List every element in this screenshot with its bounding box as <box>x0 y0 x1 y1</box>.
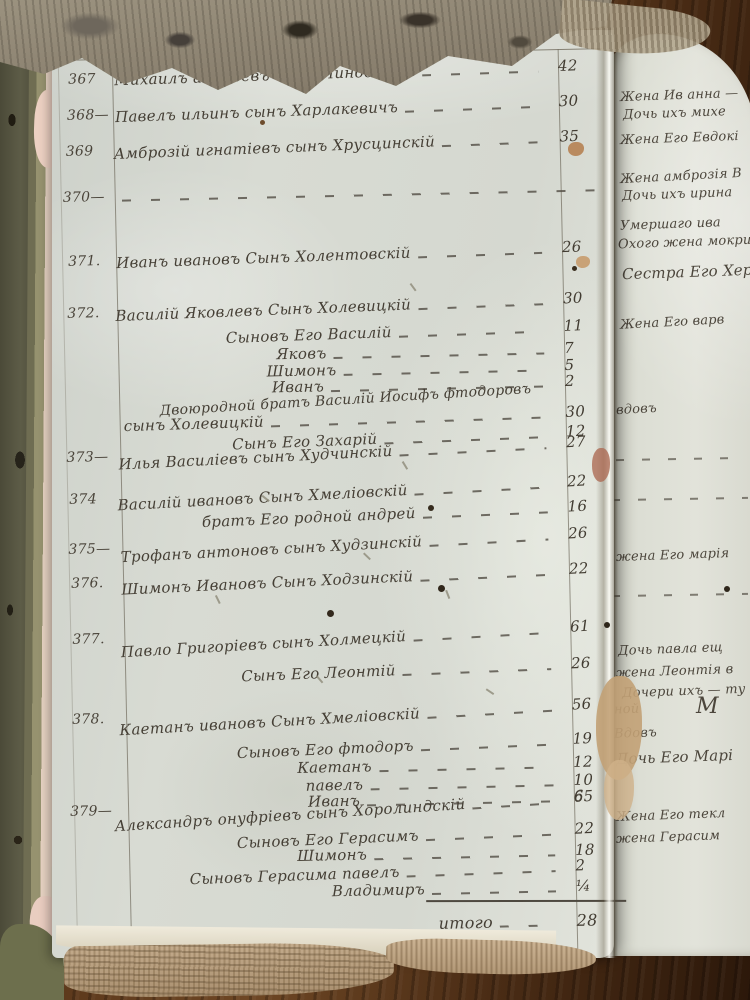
worm-hole <box>327 610 334 617</box>
dash-leader <box>418 251 542 257</box>
entry-number: 375— <box>68 541 110 558</box>
note-line: Жена Его Евдокі <box>620 129 739 148</box>
paper-fleck <box>446 590 451 599</box>
worm-hole <box>572 266 577 271</box>
entry-number: 378. <box>72 711 105 728</box>
note-line: Умершаго ива <box>620 215 721 234</box>
dash-leader <box>423 511 548 518</box>
dash-leader <box>500 924 557 927</box>
note-line: Жена Ив анна — <box>620 86 739 105</box>
note-line: Жена Его текл <box>616 806 726 825</box>
dash-leader <box>122 189 604 202</box>
note-line: Жена Его варв <box>620 312 725 332</box>
entry-name: Трофанъ антоновъ сынъ Худзинскій <box>120 532 422 566</box>
entry-number: 379— <box>70 803 112 820</box>
entry-number: 369 <box>66 143 94 160</box>
note-line: Дочь павла ещ <box>618 640 723 659</box>
ledger-table: 367 368— 369 370— 371. 372. 373— 374 375… <box>51 30 633 970</box>
entry-number: 368— <box>67 107 109 124</box>
dash-leader <box>400 447 547 456</box>
paper-fleck <box>486 688 494 694</box>
note-dash-leader <box>612 593 748 597</box>
dash-leader <box>420 573 549 581</box>
dash-leader <box>422 70 538 76</box>
paper-fleck <box>363 552 371 559</box>
dash-leader <box>432 890 556 895</box>
dash-leader <box>413 631 550 641</box>
age-value: 11 <box>550 316 598 336</box>
entry-name: Шимонъ <box>297 845 367 865</box>
dash-leader <box>473 802 555 809</box>
entry-row: Трофанъ антоновъ сынъ Худзинскій26 <box>120 523 602 567</box>
entry-number: 376. <box>71 575 104 592</box>
note-line: вдовъ <box>616 401 658 418</box>
worm-hole <box>428 505 434 511</box>
dash-leader <box>429 538 548 546</box>
entry-name: Амброзій игнатіевъ сынъ Хрусцинскій <box>113 132 435 163</box>
worm-hole <box>438 585 445 592</box>
entry-name: Каетанъ <box>297 757 372 777</box>
worm-hole <box>724 586 730 592</box>
dash-leader <box>415 486 548 495</box>
note-dash-leader <box>616 457 746 461</box>
dash-leader <box>399 330 544 337</box>
paper-fleck <box>410 283 417 291</box>
worm-hole <box>604 622 610 628</box>
entry-number: 377. <box>72 631 105 648</box>
note-line: жена Герасим <box>616 828 721 847</box>
age-value: 30 <box>545 91 593 111</box>
age-value: 16 <box>554 496 602 516</box>
main-page: 367 368— 369 370— 371. 372. 373— 374 375… <box>52 30 614 958</box>
dash-leader <box>427 709 552 718</box>
note-line: Дочери ихъ — ту <box>622 682 746 701</box>
dash-leader <box>418 303 543 310</box>
dash-leader <box>405 105 539 112</box>
note-line: Дочь ихъ ирина <box>622 185 733 204</box>
entry-name: Шимонъ Ивановъ Сынъ Ходзинскій <box>121 567 414 598</box>
note-line: жена Его марія <box>616 546 730 565</box>
entry-row: Шимонъ Ивановъ Сынъ Ходзинскій22 <box>121 558 603 598</box>
paper-fleck <box>402 461 408 469</box>
entry-name: Владимиръ <box>332 880 425 900</box>
entry-name: Павло Григоріевъ сынъ Холмецкій <box>120 627 406 661</box>
note-line: Дочь ихъ михе <box>623 104 726 123</box>
dash-leader <box>407 870 556 877</box>
entry-row: Амброзій игнатіевъ сынъ Хрусцинскій35 <box>113 126 593 163</box>
entry-number: 374 <box>69 491 97 508</box>
age-value: 42 <box>545 56 593 76</box>
entry-number: 373— <box>66 449 108 466</box>
entry-row: Павло Григоріевъ сынъ Холмецкій61 <box>120 616 604 661</box>
paper-fleck <box>215 595 220 604</box>
note-dash-leader <box>612 497 748 501</box>
photo-of-ledger-book: Жена Ив анна — Дочь ихъ михе Жена Его Ев… <box>0 0 750 1000</box>
entry-row: Сынъ Его Леонтій26 <box>241 653 605 685</box>
dash-leader <box>426 833 555 841</box>
entry-number: 367 <box>68 71 96 88</box>
note-initial: М <box>696 694 719 719</box>
entry-number: 371. <box>68 253 101 270</box>
worm-hole <box>260 120 265 125</box>
entry-name: Павелъ ильинъ сынъ Харлакевичъ <box>115 98 399 126</box>
age-value: 27 <box>553 432 601 452</box>
entry-name: Василій Яковлевъ Сынъ Холевицкій <box>115 295 411 325</box>
age-value: 30 <box>552 402 600 422</box>
entry-name: Иванъ ивановъ Сынъ Холентовскій <box>116 244 411 273</box>
dash-leader <box>442 141 540 147</box>
note-line: Сестра Его Хер <box>622 261 750 284</box>
entry-row: Иванъ ивановъ Сынъ Холентовскій26 <box>116 237 596 272</box>
note-line: Охого жена мокри <box>618 233 750 253</box>
age-value: 30 <box>550 288 598 308</box>
note-line: жена Леонтія в <box>616 662 734 681</box>
note-line: Жена амброзія В <box>620 166 743 187</box>
dash-leader <box>379 766 553 772</box>
dash-leader <box>403 668 551 676</box>
entry-number: 370— <box>63 189 105 206</box>
entry-name: Каетанъ ивановъ Сынъ Хмеліовскій <box>119 704 420 739</box>
woven-binding-bottom <box>64 942 395 999</box>
entry-row-empty <box>115 180 611 202</box>
dash-leader <box>421 743 553 751</box>
entry-name: Сынъ Его Леонтій <box>241 661 396 685</box>
entry-name: сынъ Холевицкій <box>123 413 264 436</box>
entry-row: Павелъ ильинъ сынъ Харлакевичъ30 <box>115 91 593 126</box>
entry-number: 372. <box>67 305 100 322</box>
age-value: 26 <box>549 237 597 257</box>
